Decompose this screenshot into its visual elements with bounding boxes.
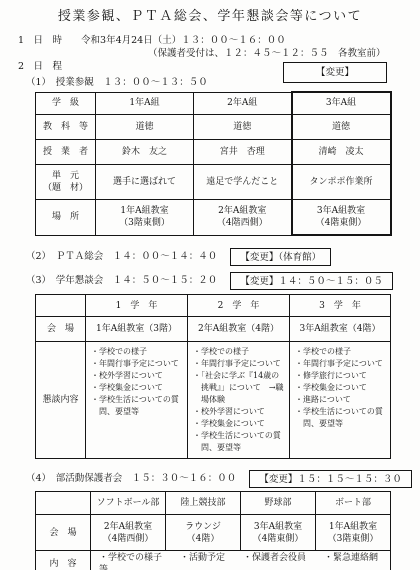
cell-venue-grade3: 3年A組教室（4階） [290, 317, 391, 342]
topic-item: ・修学旅行について [295, 370, 387, 382]
col-header-boat: ボート部 [316, 492, 391, 515]
cell-topics-grade1: ・学校での様子・年間行事予定について・校外学習について・学校集金について・学校生… [86, 342, 188, 459]
cell-subject-3-changed: 道徳 [292, 114, 391, 139]
col-header-grade1: 1 学 年 [86, 295, 188, 317]
cell-unit-1: 選手に選ばれて [96, 164, 194, 199]
section-4-heading-row: （4） 部活動保護者会 １５：３０～１６：００ 【変更】１５：１５～１５：３０ [26, 469, 420, 488]
cell-topics-grade2: ・学校での様子・年間行事予定について・「社会に学ぶ『14歳の挑戦』」について →… [188, 342, 290, 459]
cell-venue-softball: 2年A組教室 （4階西側） [91, 515, 166, 551]
table-row: 学 級 1年A組 2年A組 3年A組 [36, 92, 391, 114]
cell-place-3-changed: 3年A組教室 （4階東側） [292, 199, 391, 235]
row-label-class: 学 級 [36, 92, 96, 114]
cell-venue-baseball: 3年A組教室 （4階東側） [241, 515, 316, 551]
topic-item: ・校外学習について [193, 406, 286, 418]
col-header-softball: ソフトボール部 [91, 492, 166, 515]
section-2-heading-row: （2） ＰＴＡ総会 １４：００～１４：４０ 【変更】（体育館） [26, 247, 420, 266]
row-label-topics: 懇談内容 [36, 342, 86, 459]
table-row: 懇談内容 ・学校での様子・年間行事予定について・校外学習について・学校集金につい… [36, 342, 391, 459]
section-3-heading-row: （3） 学年懇談会 １４：５０～１５：２０ 【変更】１４：５０～１５：０５ [26, 271, 420, 290]
cell-venue-boat: 1年A組教室 （3階東側） [316, 515, 391, 551]
cell-content: ・学校での様子 ・活動予定 ・保護者会役員 ・緊急連絡網 等 [91, 551, 391, 570]
cell-subject-2: 道徳 [194, 114, 292, 139]
row-label-unit: 単 元 （題 材） [36, 164, 96, 199]
topic-item: ・学校集金について [193, 418, 286, 430]
corner-cell [36, 295, 86, 317]
topic-item: ・年間行事予定について [295, 358, 387, 370]
topic-item: ・学校集金について [295, 382, 387, 394]
topic-item: ・学校生活についての質問、要望等 [193, 430, 286, 454]
topic-item: ・学校生活についての質問、要望等 [91, 394, 184, 418]
row-label-teacher: 授 業 者 [36, 139, 96, 164]
cell-place-2: 2年A組教室 （4階西側） [194, 199, 292, 235]
change-badge-3: 【変更】１４：５０～１５：０５ [230, 272, 393, 290]
topic-item: ・学校集金について [91, 382, 184, 394]
section-3-heading: （3） 学年懇談会 １４：５０～１５：２０ [26, 275, 217, 286]
cell-class-3-changed: 3年A組 [292, 92, 391, 114]
class-observation-table: 学 級 1年A組 2年A組 3年A組 教 科 等 道徳 道徳 道徳 授 業 者 … [35, 91, 392, 236]
table-row: 1 学 年 2 学 年 3 学 年 [36, 295, 391, 317]
topic-item: ・学校での様子 [295, 346, 387, 358]
datetime-line: 1 日 時 令和3年4月24日（土）１３：００～１６：００ [18, 35, 420, 47]
table-row: ソフトボール部 陸上競技部 野球部 ボート部 [36, 492, 391, 515]
row-label-venue: 会 場 [36, 317, 86, 342]
cell-venue-grade1: 1年A組教室（3階） [86, 317, 188, 342]
table-row: 単 元 （題 材） 選手に選ばれて 遠足で学んだこと タンポポ作業所 [36, 164, 391, 199]
change-badge-4: 【変更】１５：１５～１５：３０ [249, 470, 412, 488]
club-meeting-table: ソフトボール部 陸上競技部 野球部 ボート部 会 場 2年A組教室 （4階西側）… [35, 491, 391, 570]
cell-teacher-1: 鈴木 友之 [96, 139, 194, 164]
topic-item: ・学校での様子 [193, 346, 286, 358]
change-badge-2: 【変更】（体育館） [230, 248, 331, 266]
topic-item: ・学校生活についての質問、要望等 [295, 406, 387, 430]
topic-item: ・進路について [295, 394, 387, 406]
corner-cell [36, 492, 91, 515]
table-row: 会 場 1年A組教室（3階） 2年A組教室（4階） 3年A組教室（4階） [36, 317, 391, 342]
cell-topics-grade3: ・学校での様子・年間行事予定について・修学旅行について・学校集金について・進路に… [290, 342, 391, 459]
row-label-subject: 教 科 等 [36, 114, 96, 139]
row-label-venue: 会 場 [36, 515, 91, 551]
cell-teacher-2: 宮井 杏理 [194, 139, 292, 164]
topic-item: ・「社会に学ぶ『14歳の挑戦』」について →職場体験 [193, 370, 286, 406]
reception-note: （保護者受付は、１２：４５～１２：５５ 各教室前） [148, 48, 420, 60]
table-row: 場 所 1年A組教室 （3階東側） 2年A組教室 （4階西側） 3年A組教室 （… [36, 199, 391, 235]
table-row: 内 容 ・学校での様子 ・活動予定 ・保護者会役員 ・緊急連絡網 等 [36, 551, 391, 570]
row-label-content: 内 容 [36, 551, 91, 570]
page-title: 授業参観、ＰＴＡ総会、学年懇談会等について [0, 0, 420, 25]
cell-subject-1: 道徳 [96, 114, 194, 139]
cell-place-1: 1年A組教室 （3階東側） [96, 199, 194, 235]
section-2-heading: （2） ＰＴＡ総会 １４：００～１４：４０ [26, 251, 217, 262]
table-row: 会 場 2年A組教室 （4階西側） ラウンジ （4階） 3年A組教室 （4階東側… [36, 515, 391, 551]
topic-item: ・学校での様子 [91, 346, 184, 358]
col-header-track: 陸上競技部 [166, 492, 241, 515]
table-row: 教 科 等 道徳 道徳 道徳 [36, 114, 391, 139]
section-1-heading: （1） 授業参観 １３：００～１３：５０ [26, 77, 208, 88]
change-badge-1: 【変更】 [283, 62, 387, 83]
cell-venue-track: ラウンジ （4階） [166, 515, 241, 551]
grade-meeting-table: 1 学 年 2 学 年 3 学 年 会 場 1年A組教室（3階） 2年A組教室（… [35, 294, 391, 459]
col-header-grade3: 3 学 年 [290, 295, 391, 317]
col-header-grade2: 2 学 年 [188, 295, 290, 317]
cell-venue-grade2: 2年A組教室（4階） [188, 317, 290, 342]
row-label-place: 場 所 [36, 199, 96, 235]
topic-item: ・校外学習について [91, 370, 184, 382]
topic-item: ・年間行事予定について [91, 358, 184, 370]
col-header-baseball: 野球部 [241, 492, 316, 515]
document-page: 授業参観、ＰＴＡ総会、学年懇談会等について 1 日 時 令和3年4月24日（土）… [0, 0, 420, 570]
cell-class-2: 2年A組 [194, 92, 292, 114]
cell-teacher-3-changed: 清崎 凌太 [292, 139, 391, 164]
cell-class-1: 1年A組 [96, 92, 194, 114]
table-row: 授 業 者 鈴木 友之 宮井 杏理 清崎 凌太 [36, 139, 391, 164]
topic-item: ・年間行事予定について [193, 358, 286, 370]
cell-unit-3-changed: タンポポ作業所 [292, 164, 391, 199]
cell-unit-2: 遠足で学んだこと [194, 164, 292, 199]
section-4-heading: （4） 部活動保護者会 １５：３０～１６：００ [26, 473, 236, 484]
